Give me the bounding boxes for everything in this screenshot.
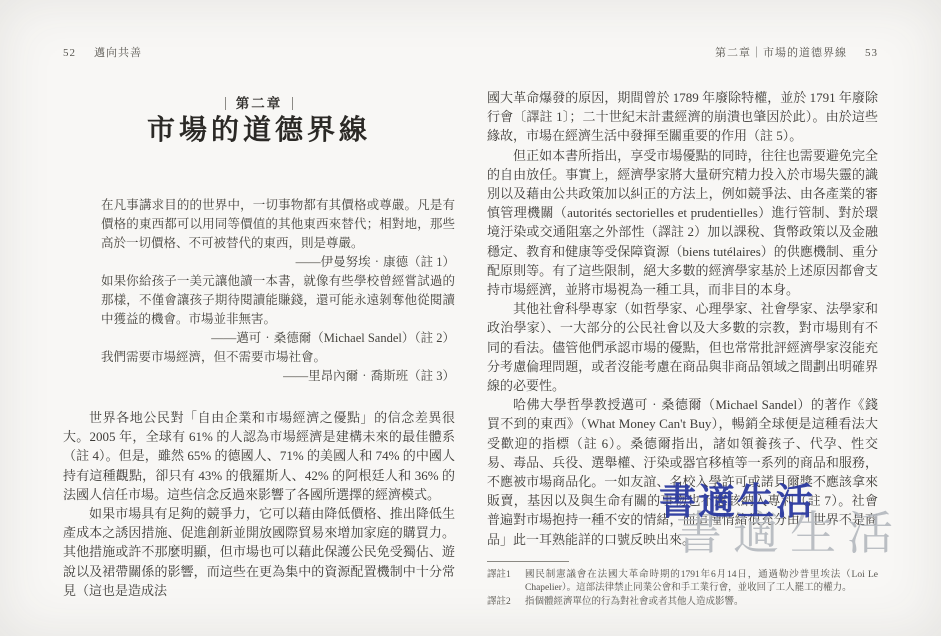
- label-left-rule: [225, 97, 226, 110]
- label-right-rule: [292, 97, 293, 110]
- book-running-title: 邁向共善: [94, 44, 142, 60]
- left-body-text: 世界各地公民對「自由企業和市場經濟之優點」的信念差異很大。2005 年，全球有 …: [63, 408, 455, 600]
- book-spread: 52 邁向共善 第二章 市場的道德界線 在凡事講求目的的世界中，一切事物都有其價…: [0, 0, 941, 636]
- footnote-label: 譯註2: [487, 596, 525, 610]
- chapter-label: 第二章: [63, 92, 455, 108]
- footnote-text: 指個體經濟單位的行為對社會或者其他人造成影響。: [525, 596, 878, 610]
- right-body-text: 國大革命爆發的原因，期間曾於 1789 年廢除特權，並於 1791 年廢除行會〔…: [487, 88, 878, 549]
- body-paragraph: 其他社會科學專家（如哲學家、心理學家、社會學家、法學家和政治學家）、一大部分的公…: [487, 299, 878, 395]
- right-page: 第二章｜市場的道德界線 53 國大革命爆發的原因，期間曾於 1789 年廢除特權…: [470, 0, 941, 636]
- chapter-running-title: 第二章｜市場的道德界線: [715, 44, 847, 60]
- epigraph-attribution: ——里昂內爾‧喬斯班（註 3）: [101, 367, 455, 386]
- epigraph-attribution: ——伊曼努埃‧康德（註 1）: [101, 253, 455, 272]
- left-page: 52 邁向共善 第二章 市場的道德界線 在凡事講求目的的世界中，一切事物都有其價…: [0, 0, 470, 636]
- body-paragraph: 哈佛大學哲學教授邁可‧桑德爾（Michael Sandel）的著作《錢買不到的東…: [487, 395, 878, 549]
- right-running-head: 第二章｜市場的道德界線 53: [487, 44, 878, 58]
- footnote-label: 譯註1: [487, 569, 525, 596]
- body-paragraph: 國大革命爆發的原因，期間曾於 1789 年廢除特權，並於 1791 年廢除行會〔…: [487, 88, 878, 146]
- footnotes-block: 譯註1 國民制憲議會在法國大革命時期的1791年6月14日，通過勒沙普里埃法（L…: [487, 561, 878, 610]
- body-paragraph: 但正如本書所指出，享受市場優點的同時，往往也需要避免完全的自由放任。事實上，經濟…: [487, 146, 878, 300]
- epigraph-block: 在凡事講求目的的世界中，一切事物都有其價格或尊嚴。凡是有價格的東西都可以用同等價…: [63, 196, 455, 386]
- epigraph-quote: 在凡事講求目的的世界中，一切事物都有其價格或尊嚴。凡是有價格的東西都可以用同等價…: [101, 196, 455, 253]
- body-paragraph: 世界各地公民對「自由企業和市場經濟之優點」的信念差異很大。2005 年，全球有 …: [63, 408, 455, 504]
- chapter-title: 市場的道德界線: [63, 114, 455, 148]
- epigraph-attribution: ——邁可‧桑德爾（Michael Sandel）（註 2）: [101, 329, 455, 348]
- chapter-label-text: 第二章: [236, 96, 283, 111]
- footnote-separator: [487, 561, 569, 562]
- footnote: 譯註1 國民制憲議會在法國大革命時期的1791年6月14日，通過勒沙普里埃法（L…: [487, 569, 878, 596]
- right-page-number: 53: [865, 47, 878, 59]
- epigraph-quote: 我們需要市場經濟，但不需要市場社會。: [101, 348, 455, 367]
- epigraph-quote: 如果你給孩子一美元讓他讀一本書，就像有些學校曾經嘗試過的那樣，不僅會讓孩子期待閱…: [101, 272, 455, 329]
- left-page-number: 52: [63, 47, 76, 59]
- left-running-head: 52 邁向共善: [63, 44, 455, 58]
- footnote: 譯註2 指個體經濟單位的行為對社會或者其他人造成影響。: [487, 596, 878, 610]
- footnote-text: 國民制憲議會在法國大革命時期的1791年6月14日，通過勒沙普里埃法（Loi L…: [525, 569, 878, 596]
- body-paragraph: 如果市場具有足夠的競爭力，它可以藉由降低價格、推出降低生產成本之誘因措施、促進創…: [63, 504, 455, 600]
